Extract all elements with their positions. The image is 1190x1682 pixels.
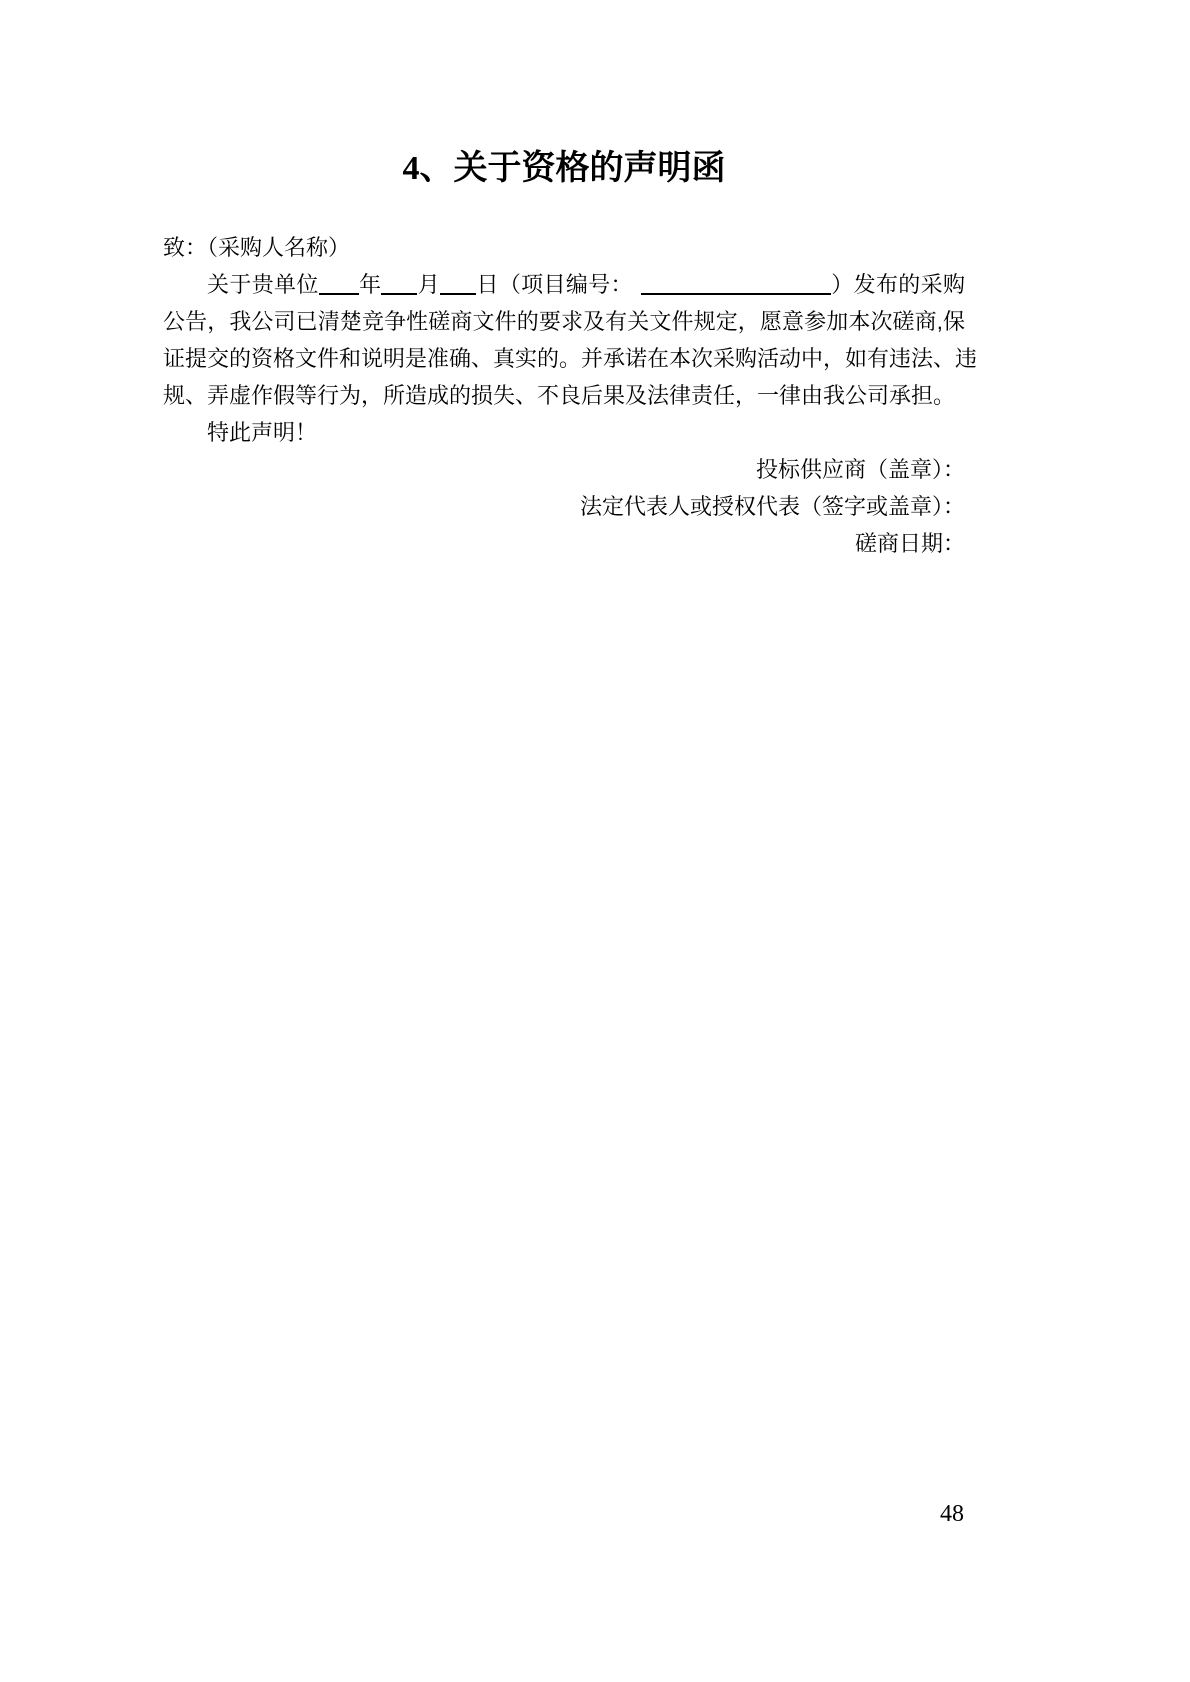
signature-supplier-line: 投标供应商（盖章）： [163, 451, 965, 488]
signature-date-line: 磋商日期： [163, 525, 965, 562]
declaration-line: 特此声明！ [163, 414, 965, 451]
year-blank-field [319, 273, 359, 295]
year-label: 年 [359, 272, 382, 297]
opening-segment-tail: ）发布的采购 [831, 272, 965, 297]
document-content: 4、关于资格的声明函 致：（采购人名称） 关于贵单位年月日（项目编号：）发布的采… [163, 146, 965, 562]
document-title: 4、关于资格的声明函 [163, 146, 965, 191]
body-line: 证提交的资格文件和说明是准确、真实的。并承诺在本次采购活动中，如有违法、违 [163, 340, 965, 377]
document-title-number: 4、 [403, 150, 454, 187]
month-blank-field [381, 273, 417, 295]
document-title-text: 关于资格的声明函 [454, 149, 726, 187]
opening-line: 关于贵单位年月日（项目编号：）发布的采购 [163, 266, 965, 303]
opening-segment-unit: 关于贵单位 [207, 272, 319, 297]
day-project-label: 日（项目编号： [476, 272, 633, 297]
month-label: 月 [417, 272, 440, 297]
document-page: 4、关于资格的声明函 致：（采购人名称） 关于贵单位年月日（项目编号：）发布的采… [0, 0, 1190, 1682]
day-blank-field [440, 273, 476, 295]
page-number: 48 [940, 1500, 964, 1528]
body-line: 公告，我公司已清楚竞争性磋商文件的要求及有关文件规定，愿意参加本次磋商,保 [163, 303, 965, 340]
project-number-blank-field [641, 273, 831, 295]
body-line: 规、弄虚作假等行为，所造成的损失、不良后果及法律责任，一律由我公司承担。 [163, 377, 965, 414]
signature-representative-line: 法定代表人或授权代表（签字或盖章）： [163, 488, 965, 525]
salutation-line: 致：（采购人名称） [163, 229, 965, 266]
